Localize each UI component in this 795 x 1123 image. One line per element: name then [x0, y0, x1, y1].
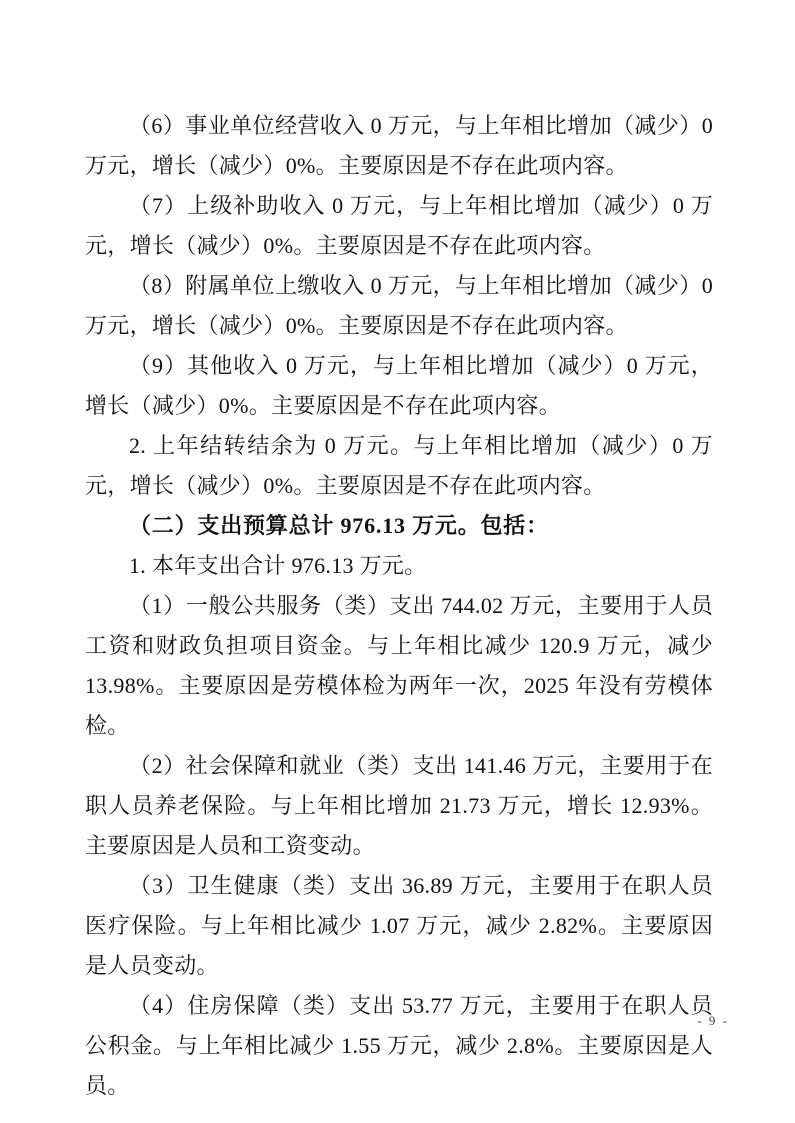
document-body: （6）事业单位经营收入 0 万元，与上年相比增加（减少）0 万元，增长（减少）0… [85, 106, 713, 1106]
paragraph-income-item-7: （7）上级补助收入 0 万元，与上年相比增加（减少）0 万元，增长（减少）0%。… [85, 186, 713, 266]
paragraph-expense-item-3-health: （3）卫生健康（类）支出 36.89 万元，主要用于在职人员医疗保险。与上年相比… [85, 866, 713, 986]
paragraph-total-expenditure: 1. 本年支出合计 976.13 万元。 [85, 546, 713, 586]
section-heading-expenditure-budget: （二）支出预算总计 976.13 万元。包括： [85, 506, 713, 546]
paragraph-income-item-9: （9）其他收入 0 万元，与上年相比增加（减少）0 万元，增长（减少）0%。主要… [85, 346, 713, 426]
paragraph-carryover-balance: 2. 上年结转结余为 0 万元。与上年相比增加（减少）0 万元，增长（减少）0%… [85, 426, 713, 506]
paragraph-expense-item-1-general-public-services: （1）一般公共服务（类）支出 744.02 万元，主要用于人员工资和财政负担项目… [85, 586, 713, 746]
document-page: （6）事业单位经营收入 0 万元，与上年相比增加（减少）0 万元，增长（减少）0… [0, 0, 795, 1123]
paragraph-income-item-6: （6）事业单位经营收入 0 万元，与上年相比增加（减少）0 万元，增长（减少）0… [85, 106, 713, 186]
paragraph-expense-item-4-housing-security: （4）住房保障（类）支出 53.77 万元，主要用于在职人员公积金。与上年相比减… [85, 986, 713, 1106]
paragraph-income-item-8: （8）附属单位上缴收入 0 万元，与上年相比增加（减少）0 万元，增长（减少）0… [85, 266, 713, 346]
page-number: - 9 - [697, 1012, 729, 1030]
paragraph-expense-item-2-social-security-employment: （2）社会保障和就业（类）支出 141.46 万元，主要用于在职人员养老保险。与… [85, 746, 713, 866]
